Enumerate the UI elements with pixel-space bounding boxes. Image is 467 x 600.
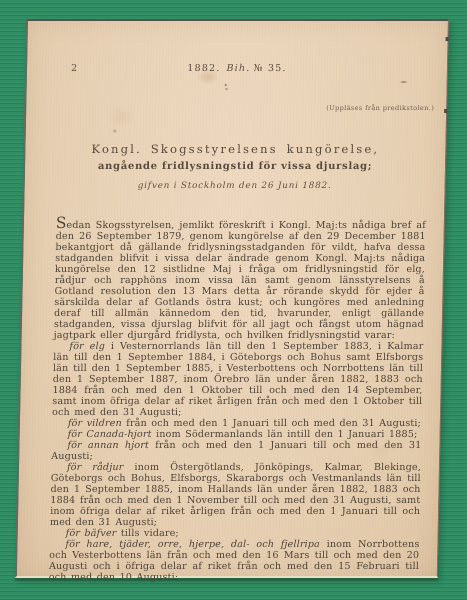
species-name-lead: för elg [69, 341, 105, 352]
species-protection-item: för Canada-hjort inom Södermanlands län … [52, 429, 422, 440]
header-year: 1882. [187, 63, 220, 74]
species-protection-item: för elg i Vesternorrlands län till den 1… [52, 341, 424, 418]
proclamation-dateline: gifven i Stockholm den 26 Juni 1882. [25, 181, 445, 191]
species-protection-item: för rådjur inom Östergötlands, Jönköping… [50, 462, 421, 528]
species-protection-item: för hare, tjäder, orre, hjerpe, dal- och… [49, 539, 420, 583]
species-protection-list: för elg i Vesternorrlands län till den 1… [49, 341, 424, 583]
species-name-lead: för bäfver [66, 528, 117, 539]
intro-paragraph: Sedan Skogsstyrelsen, jemlikt föreskrift… [54, 219, 426, 341]
species-protection-item: för bäfver tills vidare; [50, 528, 420, 539]
species-name-lead: för annan hjort [67, 440, 149, 451]
protection-period-text: från och med den 1 Januari till och med … [122, 418, 421, 429]
intro-paragraph-text: edan Skogsstyrelsen, jemlikt föreskrift … [54, 220, 426, 341]
species-protection-item: för vildren från och med den 1 Januari t… [52, 418, 422, 429]
proclamation-subtitle: angående fridlysningstid för vissa djurs… [25, 161, 445, 172]
photo-background: 2 1882.Bih.№ 35. (Uppläses från predikst… [0, 0, 467, 600]
running-header: 2 1882.Bih.№ 35. [27, 63, 447, 74]
header-issue-number: № 35. [253, 63, 286, 74]
page-number: 2 [71, 63, 77, 74]
protection-period-text: tills vidare; [116, 528, 179, 539]
species-name-lead: för vildren [68, 418, 122, 429]
protection-period-text: i Vesternorrlands län till den 1 Septemb… [52, 341, 424, 418]
species-protection-item: för annan hjort från och med den 1 Janua… [51, 440, 421, 462]
header-bih-label: Bih. [226, 63, 250, 74]
species-name-lead: för rådjur [67, 462, 124, 473]
species-name-lead: för hare, tjäder, orre, hjerpe, dal- och… [65, 539, 320, 550]
body-text: Sedan Skogsstyrelsen, jemlikt föreskrift… [17, 219, 444, 583]
pulpit-reading-note: (Uppläses från predikstolen.) [26, 104, 446, 112]
page-edge-nick [446, 37, 449, 41]
initial-capital: S [56, 214, 67, 232]
title-block: Kongl. Skogsstyrelsens kungörelse, angåe… [25, 142, 446, 191]
document-page: 2 1882.Bih.№ 35. (Uppläses från predikst… [15, 19, 449, 578]
protection-period-text: inom Södermanlands län intill den 1 Janu… [152, 429, 418, 440]
species-name-lead: för Canada-hjort [68, 429, 152, 440]
proclamation-title: Kongl. Skogsstyrelsens kungörelse, [25, 142, 445, 156]
page-edge-nick [444, 109, 447, 113]
